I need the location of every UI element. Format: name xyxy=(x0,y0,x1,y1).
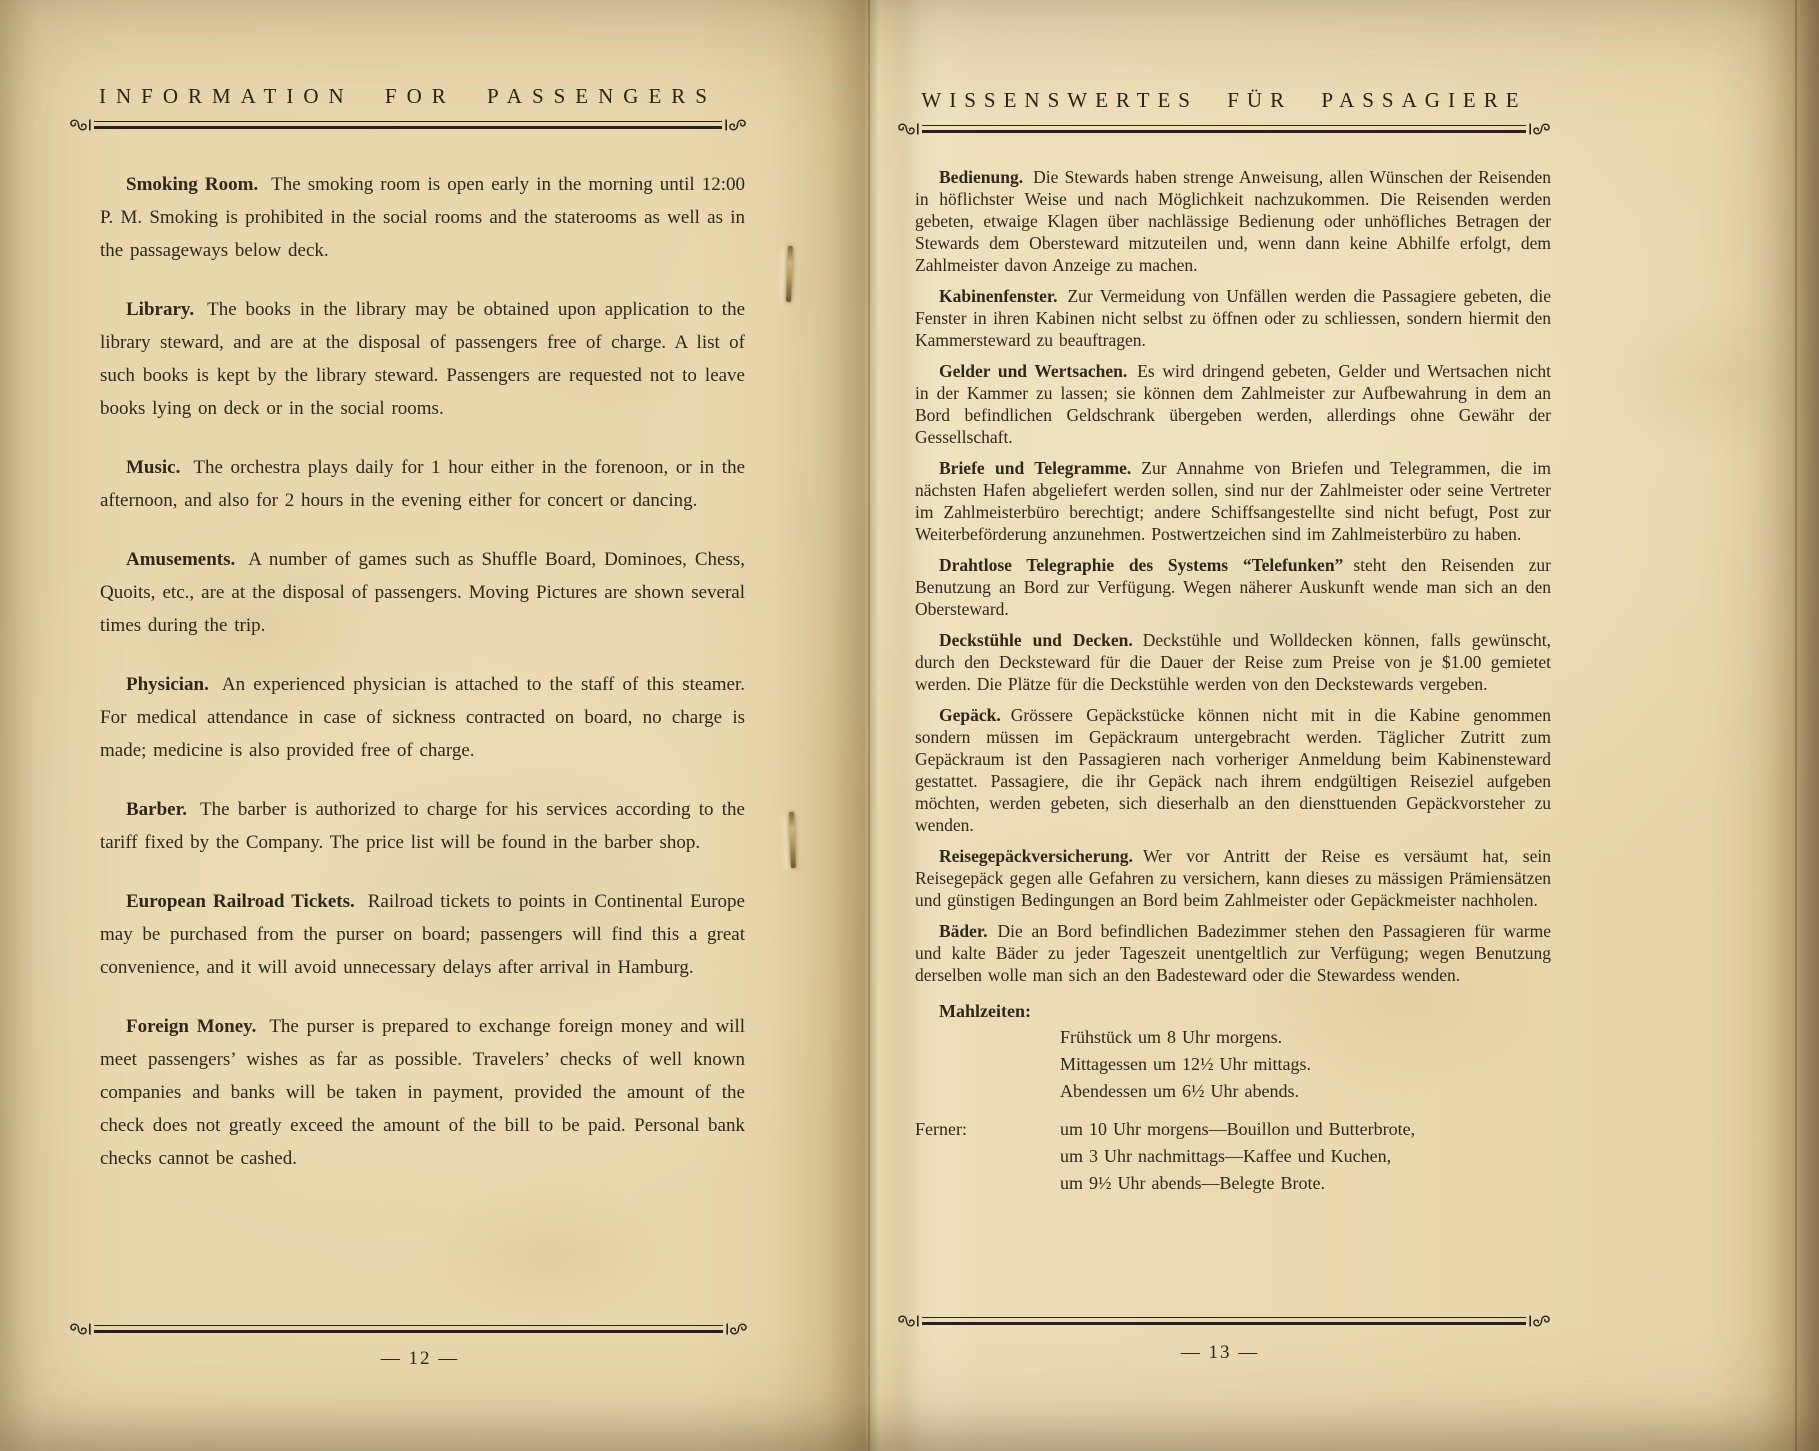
section-title: Bedienung. xyxy=(939,167,1023,187)
right-page-body: Bedienung.Die Stewards haben strenge Anw… xyxy=(896,166,1552,1197)
scroll-ornament-icon xyxy=(68,118,92,132)
scroll-ornament-icon xyxy=(725,1322,749,1336)
right-page: WISSENSWERTES FÜR PASSAGIERE Bedienung.D… xyxy=(896,88,1552,1197)
gutter-crease xyxy=(868,0,870,1451)
footer-rule-right xyxy=(896,1314,1552,1328)
section-amusements: Amusements.A number of games such as Shu… xyxy=(100,543,745,642)
page-number-left: — 12 — xyxy=(310,1348,530,1370)
double-rule xyxy=(94,1325,723,1333)
section-kabinenfenster: Kabinenfenster.Zur Vermeidung von Unfäll… xyxy=(915,285,1551,351)
section-title: Library. xyxy=(126,299,194,320)
section-body: The orchestra plays daily for 1 hour eit… xyxy=(100,457,745,511)
scroll-ornament-icon xyxy=(896,122,920,136)
section-physician: Physician.An experienced physician is at… xyxy=(100,668,745,767)
page-edge-fold xyxy=(1758,0,1819,1451)
section-title: Barber. xyxy=(126,799,187,820)
section-title: Gelder und Wertsachen. xyxy=(939,361,1127,381)
staple-bottom xyxy=(789,812,796,868)
section-bedienung: Bedienung.Die Stewards haben strenge Anw… xyxy=(915,166,1551,276)
staple-top xyxy=(786,246,793,302)
scroll-ornament-icon xyxy=(68,1322,92,1336)
section-smoking-room: Smoking Room.The smoking room is open ea… xyxy=(100,168,745,267)
section-title: Foreign Money. xyxy=(126,1016,256,1037)
section-baeder: Bäder.Die an Bord befindlichen Badezimme… xyxy=(915,920,1551,986)
section-title: Deckstühle und Decken. xyxy=(939,630,1133,650)
section-briefe-und-telegramme: Briefe und Telegramme.Zur Annahme von Br… xyxy=(915,457,1551,545)
page-number-right: — 13 — xyxy=(1110,1342,1330,1364)
page-title-left: INFORMATION FOR PASSENGERS xyxy=(68,84,748,109)
footer-rule-left xyxy=(68,1322,749,1336)
booklet-spread-scan: INFORMATION FOR PASSENGERS Smoking Room.… xyxy=(0,0,1819,1451)
meal-time-item: Mittagessen um 12½ Uhr mittags. xyxy=(1060,1051,1551,1078)
section-title: Bäder. xyxy=(939,921,987,941)
double-rule xyxy=(922,125,1526,133)
page-edge-line xyxy=(1795,0,1797,1451)
scroll-ornament-icon xyxy=(1528,1314,1552,1328)
section-title: Amusements. xyxy=(126,549,235,570)
section-foreign-money: Foreign Money.The purser is prepared to … xyxy=(100,1010,745,1175)
section-body: The barber is authorized to charge for h… xyxy=(100,799,745,853)
ferner-time-item: um 9½ Uhr abends—Belegte Brote. xyxy=(1060,1170,1551,1197)
left-page-body: Smoking Room.The smoking room is open ea… xyxy=(68,168,748,1175)
section-title: Reisegepäckversicherung. xyxy=(939,846,1133,866)
section-title: Kabinenfenster. xyxy=(939,286,1057,306)
section-title: Briefe und Telegramme. xyxy=(939,458,1131,478)
meals-section: Mahlzeiten: Frühstück um 8 Uhr morgens. … xyxy=(915,998,1551,1197)
section-barber: Barber.The barber is authorized to charg… xyxy=(100,793,745,859)
meal-time-item: Abendessen um 6½ Uhr abends. xyxy=(1060,1078,1551,1105)
header-rule-right xyxy=(896,122,1552,136)
ferner-time-item: um 3 Uhr nachmittags—Kaffee und Kuchen, xyxy=(1060,1143,1551,1170)
section-reisegepaeckversicherung: Reisegepäckversicherung.Wer vor Antritt … xyxy=(915,845,1551,911)
section-body: The purser is prepared to exchange forei… xyxy=(100,1016,745,1169)
section-drahtlose-telegraphie: Drahtlose Telegraphie des Systems “Telef… xyxy=(915,554,1551,620)
ferner-label: Ferner: xyxy=(915,1116,1060,1197)
scroll-ornament-icon xyxy=(896,1314,920,1328)
section-library: Library.The books in the library may be … xyxy=(100,293,745,425)
meals-heading: Mahlzeiten: xyxy=(915,998,1551,1024)
section-body: The books in the library may be obtained… xyxy=(100,299,745,419)
section-gelder-und-wertsachen: Gelder und Wertsachen.Es wird dringend g… xyxy=(915,360,1551,448)
ferner-time-item: um 10 Uhr morgens—Bouillon und Butterbro… xyxy=(1060,1116,1551,1143)
double-rule xyxy=(94,121,722,129)
section-title: Smoking Room. xyxy=(126,174,258,195)
section-deckstuehle-und-decken: Deckstühle und Decken.Deckstühle und Wol… xyxy=(915,629,1551,695)
meal-time-item: Frühstück um 8 Uhr morgens. xyxy=(1060,1024,1551,1051)
left-page: INFORMATION FOR PASSENGERS Smoking Room.… xyxy=(68,84,748,1175)
ferner-section: Ferner: um 10 Uhr morgens—Bouillon und B… xyxy=(915,1116,1551,1197)
page-title-right: WISSENSWERTES FÜR PASSAGIERE xyxy=(896,88,1552,113)
header-rule-left xyxy=(68,118,748,132)
meal-times-list: Frühstück um 8 Uhr morgens. Mittagessen … xyxy=(1060,1024,1551,1105)
ferner-times-list: um 10 Uhr morgens—Bouillon und Butterbro… xyxy=(1060,1116,1551,1197)
section-title: Gepäck. xyxy=(939,705,1001,725)
section-title: European Railroad Tickets. xyxy=(126,891,355,912)
section-title: Physician. xyxy=(126,674,209,695)
double-rule xyxy=(922,1317,1526,1325)
section-title: Music. xyxy=(126,457,180,478)
scroll-ornament-icon xyxy=(1528,122,1552,136)
scroll-ornament-icon xyxy=(724,118,748,132)
section-title: Drahtlose Telegraphie des Systems “Telef… xyxy=(939,555,1343,575)
section-body: Die an Bord befindlichen Badezimmer steh… xyxy=(915,921,1551,985)
section-european-railroad-tickets: European Railroad Tickets.Railroad ticke… xyxy=(100,885,745,984)
section-music: Music.The orchestra plays daily for 1 ho… xyxy=(100,451,745,517)
section-body: Grössere Gepäckstücke können nicht mit i… xyxy=(915,705,1551,835)
section-gepaeck: Gepäck.Grössere Gepäckstücke können nich… xyxy=(915,704,1551,836)
